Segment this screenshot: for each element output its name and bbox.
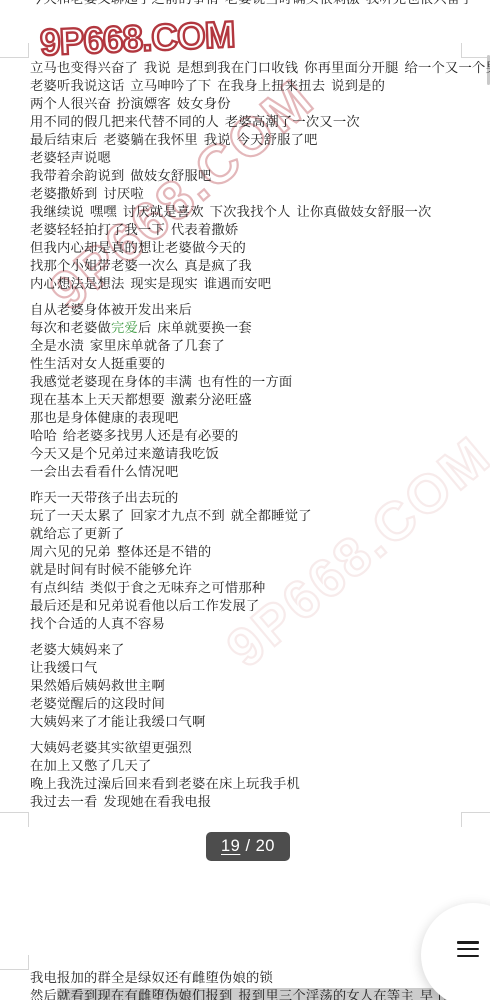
clipped-top-line: 今天和老婆又聊起了之前的事情 老婆说当时确实很刺激 我听完也很兴奋了: [30, 0, 490, 8]
text-line: 现在基本上天天都想要 激素分泌旺盛: [30, 391, 482, 409]
watermark-top: 9P668.COM: [39, 14, 235, 64]
text-line: 果然婚后姨妈救世主啊: [30, 677, 482, 695]
text-line: 老婆轻轻拍打了我一下 代表着撒娇: [30, 221, 482, 239]
paragraph: 昨天一天带孩子出去玩的玩了一天太累了 回家才九点不到 就全都睡觉了就给忘了更新了…: [30, 489, 482, 633]
text-line: 我电报加的群全是绿奴还有雌堕伪娘的锁: [30, 969, 482, 987]
text-line: 用不同的假几把来代替不同的人 老婆高潮了一次又一次: [30, 113, 482, 131]
paragraph: 大姨妈老婆其实欲望更强烈在加上又憋了几天了晚上我洗过澡后回来看到老婆在床上玩我手…: [30, 739, 482, 811]
text-line: 两个人很兴奋 扮演嫖客 妓女身份: [30, 95, 482, 113]
text-line: 老婆轻声说嗯: [30, 149, 482, 167]
text-line: 周六见的兄弟 整体还是不错的: [30, 543, 482, 561]
text-line: 老婆撒娇到 讨厌啦: [30, 185, 482, 203]
pager-total-pages: 20: [256, 837, 275, 856]
text-line: 最后结束后 老婆躺在我怀里 我说 今天舒服了吧: [30, 131, 482, 149]
next-page-text: 我电报加的群全是绿奴还有雌堕伪娘的锁然后就看到现在有雌堕伪娘们报到 报到里三个淫…: [30, 969, 482, 1000]
text-line: 找那个小姐带老婆一次么 真是疯了我: [30, 257, 482, 275]
menu-fab[interactable]: [421, 903, 490, 1000]
text-line: 一会出去看看什么情况吧: [30, 463, 482, 481]
text-line: 找个合适的人真不容易: [30, 615, 482, 633]
text-line: 每次和老婆做完爱后 床单就要换一套: [30, 319, 482, 337]
text-line: 立马也变得兴奋了 我说 是想到我在门口收钱 你再里面分开腿 给一个又一个男人艹么: [30, 59, 482, 77]
page-corner-mark: [461, 43, 490, 58]
page-indicator[interactable]: 19 / 20: [206, 832, 290, 861]
page-corner-mark: [0, 955, 29, 970]
hamburger-menu-icon: [457, 941, 479, 961]
text-line: 内心想法是想法 现实是现实 谁遇而安吧: [30, 275, 482, 293]
text-line: 今天又是个兄弟过来邀请我吃饭: [30, 445, 482, 463]
paragraph: 老婆大姨妈来了让我缓口气果然婚后姨妈救世主啊老婆觉醒后的这段时间大姨妈来了才能让…: [30, 641, 482, 731]
text-line: 晚上我洗过澡后回来看到老婆在床上玩我手机: [30, 775, 482, 793]
pager-current-page: 19: [221, 837, 240, 856]
text-line: 让我缓口气: [30, 659, 482, 677]
text-line: 老婆大姨妈来了: [30, 641, 482, 659]
text-line: 昨天一天带孩子出去玩的: [30, 489, 482, 507]
paragraph: 立马也变得兴奋了 我说 是想到我在门口收钱 你再里面分开腿 给一个又一个男人艹么…: [30, 59, 482, 293]
text-line: 在加上又憋了几天了: [30, 757, 482, 775]
paragraph: 自从老婆身体被开发出来后每次和老婆做完爱后 床单就要换一套全是水渍 家里床单就备…: [30, 301, 482, 481]
text-line: 大姨妈老婆其实欲望更强烈: [30, 739, 482, 757]
text-line: 我感觉老婆现在身体的丰满 也有性的一方面: [30, 373, 482, 391]
pager-separator: /: [240, 837, 255, 856]
text-line: 最后还是和兄弟说看他以后工作发展了: [30, 597, 482, 615]
text-line: 玩了一天太累了 回家才九点不到 就全都睡觉了: [30, 507, 482, 525]
text-line: 大姨妈来了才能让我缓口气啊: [30, 713, 482, 731]
text-line: 那也是身体健康的表现吧: [30, 409, 482, 427]
text-line: 哈哈 给老婆多找男人还是有必要的: [30, 427, 482, 445]
text-line: 然后就看到现在有雌堕伪娘们报到 报到里三个淫荡的女人在等主 早上天还夜: [30, 987, 482, 1000]
text-line: 今天和老婆又聊起了之前的事情 老婆说当时确实很刺激 我听完也很兴奋了: [30, 0, 490, 8]
text-line: 老婆觉醒后的这段时间: [30, 695, 482, 713]
text-line: 我过去一看 发现她在看我电报: [30, 793, 482, 811]
text-line: 但我内心却是真的想让老婆做今天的: [30, 239, 482, 257]
page-corner-mark: [0, 812, 29, 827]
text-line: 全是水渍 家里床单就备了几套了: [30, 337, 482, 355]
text-line: 我带着余韵说到 做妓女舒服吧: [30, 167, 482, 185]
text-line: 我继续说 嘿嘿 讨厌就是喜欢 下次我找个人 让你真做妓女舒服一次: [30, 203, 482, 221]
page-text: 立马也变得兴奋了 我说 是想到我在门口收钱 你再里面分开腿 给一个又一个男人艹么…: [30, 59, 482, 819]
text-line: 老婆听我说这话 立马呻吟了下 在我身上扭来扭去 说到是的: [30, 77, 482, 95]
text-line: 有点纠结 类似于食之无味弃之可惜那种: [30, 579, 482, 597]
text-line: 性生活对女人挺重要的: [30, 355, 482, 373]
page-corner-mark: [0, 43, 29, 58]
text-line: 自从老婆身体被开发出来后: [30, 301, 482, 319]
text-line: 就给忘了更新了: [30, 525, 482, 543]
text-line: 就是时间有时候不能够允许: [30, 561, 482, 579]
